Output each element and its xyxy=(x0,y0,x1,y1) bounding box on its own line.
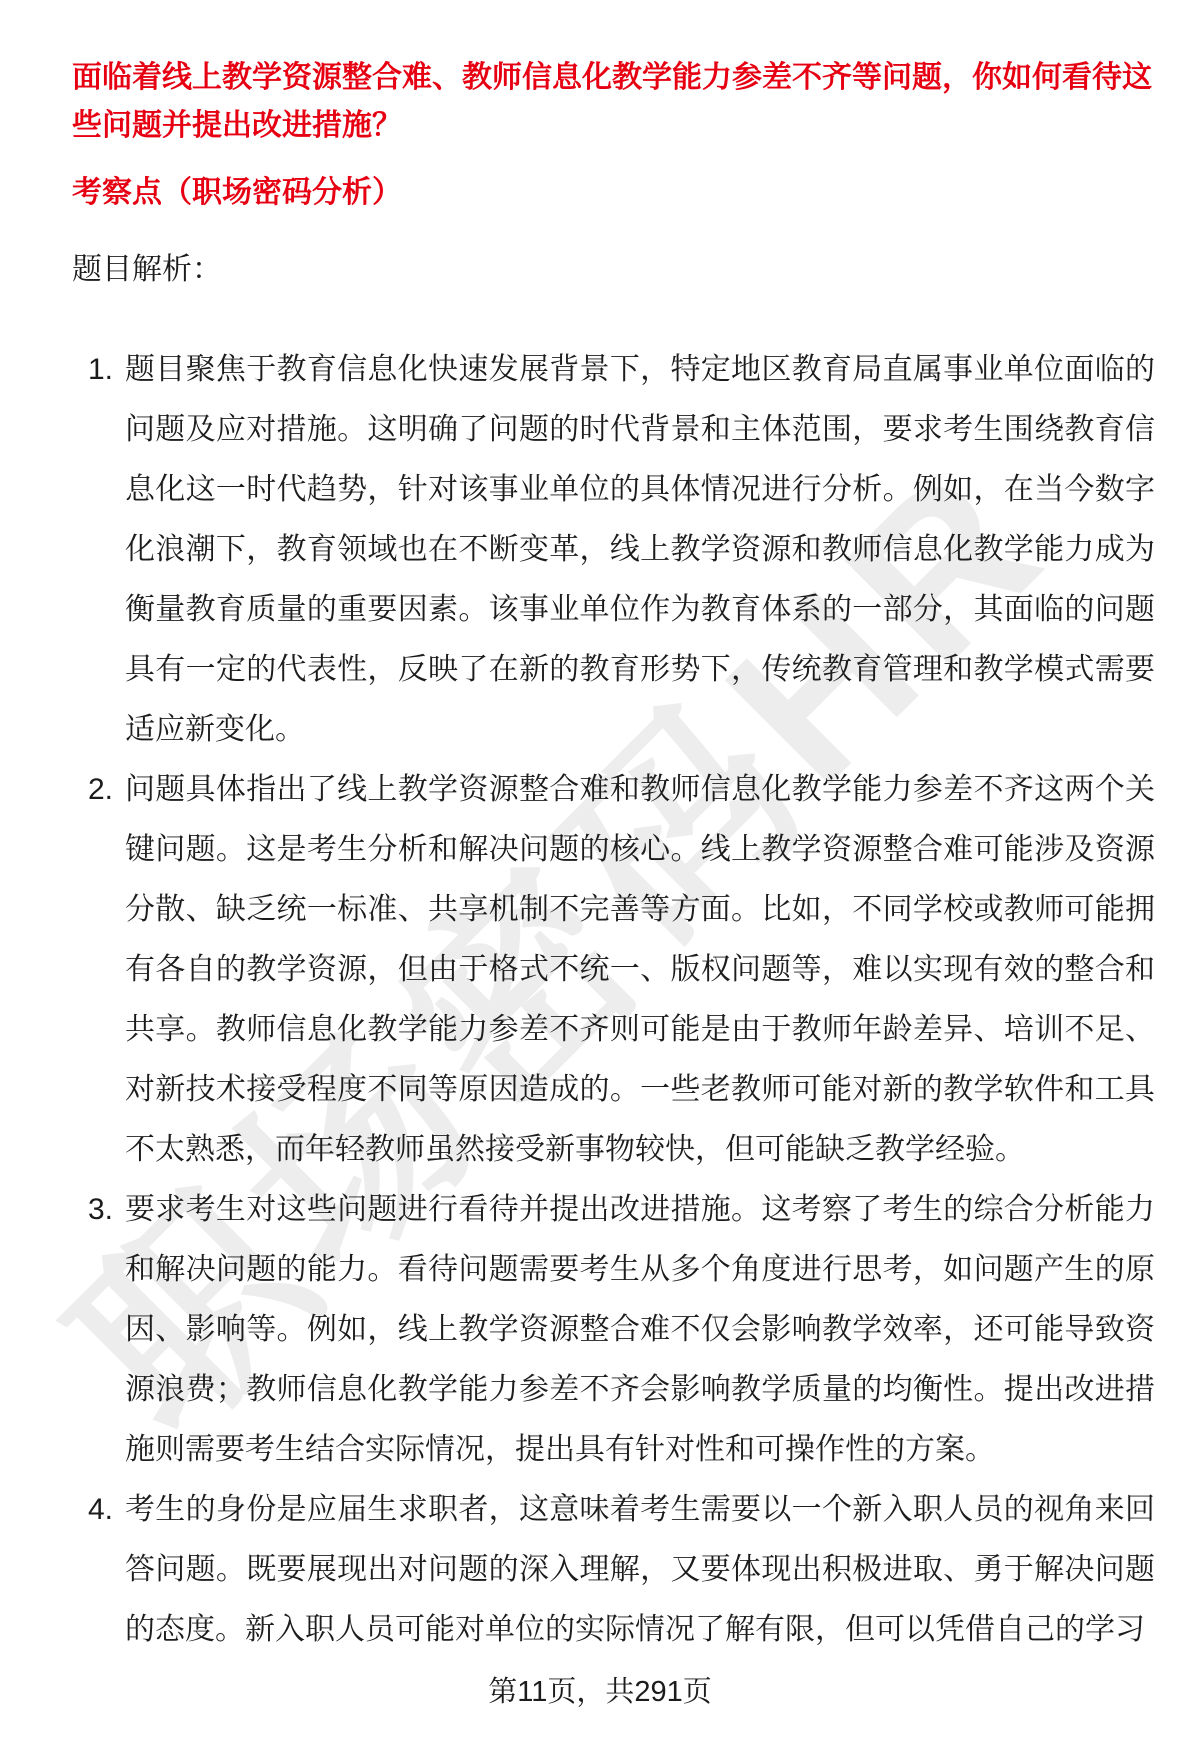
list-item-text: 要求考生对这些问题进行看待并提出改进措施。这考察了考生的综合分析能力和解决问题的… xyxy=(125,1193,1155,1466)
list-item-number: 4. xyxy=(88,1480,113,1540)
list-item: 4. 考生的身份是应届生求职者，这意味着考生需要以一个新入职人员的视角来回答问题… xyxy=(72,1480,1155,1660)
analysis-list: 1. 题目聚焦于教育信息化快速发展背景下，特定地区教育局直属事业单位面临的问题及… xyxy=(72,340,1162,1660)
list-item-number: 3. xyxy=(88,1180,113,1240)
list-item: 3. 要求考生对这些问题进行看待并提出改进措施。这考察了考生的综合分析能力和解决… xyxy=(72,1180,1155,1480)
list-item-text: 考生的身份是应届生求职者，这意味着考生需要以一个新入职人员的视角来回答问题。既要… xyxy=(125,1493,1155,1646)
document-page: 职场密码HR 面临着线上教学资源整合难、教师信息化教学能力参差不齐等问题，你如何… xyxy=(0,0,1200,1755)
question-heading: 面临着线上教学资源整合难、教师信息化教学能力参差不齐等问题，你如何看待这些问题并… xyxy=(72,54,1162,150)
page-number-footer: 第11页，共291页 xyxy=(0,1674,1200,1710)
list-item-text: 问题具体指出了线上教学资源整合难和教师信息化教学能力参差不齐这两个关键问题。这是… xyxy=(125,773,1155,1166)
list-item: 2. 问题具体指出了线上教学资源整合难和教师信息化教学能力参差不齐这两个关键问题… xyxy=(72,760,1155,1180)
list-item-text: 题目聚焦于教育信息化快速发展背景下，特定地区教育局直属事业单位面临的问题及应对措… xyxy=(125,353,1155,746)
analysis-label: 题目解析： xyxy=(72,240,1162,300)
list-item: 1. 题目聚焦于教育信息化快速发展背景下，特定地区教育局直属事业单位面临的问题及… xyxy=(72,340,1155,760)
exam-point-heading: 考察点（职场密码分析） xyxy=(72,169,1162,217)
list-item-number: 2. xyxy=(88,760,113,820)
list-item-number: 1. xyxy=(88,340,113,400)
page-content: 面临着线上教学资源整合难、教师信息化教学能力参差不齐等问题，你如何看待这些问题并… xyxy=(72,0,1162,1660)
